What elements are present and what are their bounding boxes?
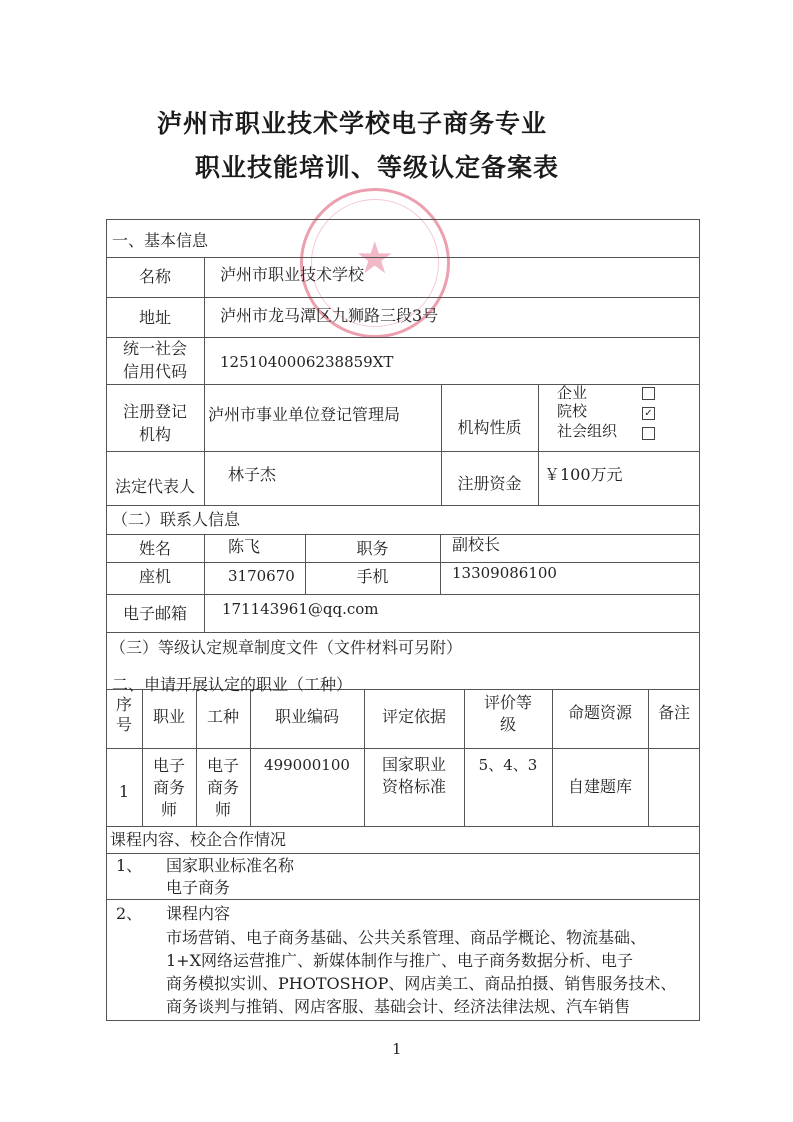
name-label: 名称 — [106, 267, 204, 287]
col-level-header-line1: 评价等 — [464, 693, 552, 713]
col-source-header: 命题资源 — [552, 703, 648, 723]
legal-representative-value: 林子杰 — [228, 465, 276, 485]
nature-checkbox-school[interactable]: ✓ — [642, 407, 655, 420]
address-value: 泸州市龙马潭区九狮路三段3号 — [220, 306, 438, 326]
row-source: 自建题库 — [552, 777, 648, 797]
col-basis-header: 评定依据 — [364, 707, 464, 727]
col-divider — [204, 534, 205, 632]
col-trade-header: 工种 — [196, 707, 250, 727]
table-border-top — [106, 219, 700, 220]
mobile-value: 13309086100 — [452, 563, 557, 583]
table-border-right — [699, 219, 700, 1021]
registered-capital-label: 注册资金 — [441, 474, 538, 494]
row-divider — [106, 853, 700, 854]
col-code-header: 职业编码 — [250, 707, 364, 727]
email-value: 171143961@qq.com — [222, 599, 379, 619]
row-divider — [106, 1020, 700, 1021]
legal-representative-label: 法定代表人 — [106, 477, 204, 497]
row-divider — [106, 505, 700, 506]
course-content-line2: 1+X网络运营推广、新媒体制作与推广、电子商务数据分析、电子 — [166, 951, 633, 971]
row-trade-line1: 电子 — [196, 756, 250, 776]
row-occupation-line3: 师 — [142, 800, 196, 820]
row-basis-line2: 资格标准 — [364, 777, 464, 797]
row-divider — [106, 594, 700, 595]
section-regulations-heading: （三）等级认定规章制度文件（文件材料可另附） — [110, 638, 462, 658]
section-occupation-heading: 二、申请开展认定的职业（工种） — [112, 675, 352, 695]
col-remark-header: 备注 — [648, 703, 700, 723]
row-divider — [106, 562, 700, 563]
landline-value: 3170670 — [228, 566, 295, 586]
row-occupation-line1: 电子 — [142, 756, 196, 776]
row-seq: 1 — [106, 782, 142, 802]
section-contact-heading: （二）联系人信息 — [112, 510, 240, 530]
row-divider — [106, 899, 700, 900]
document-title-line1: 泸州市职业技术学校电子商务专业 — [157, 104, 547, 140]
row-divider — [106, 534, 700, 535]
address-label: 地址 — [106, 308, 204, 328]
landline-label: 座机 — [106, 567, 204, 587]
email-label: 电子邮箱 — [106, 604, 204, 624]
col-divider — [204, 451, 205, 505]
col-seq-header-line1: 序 — [106, 695, 142, 715]
col-occupation-header: 职业 — [142, 707, 196, 727]
registration-authority-label-line1: 注册登记 — [106, 402, 204, 422]
credit-code-label-line2: 信用代码 — [106, 362, 204, 382]
registration-form-table: 一、基本信息 名称 泸州市职业技术学校 地址 泸州市龙马潭区九狮路三段3号 统一… — [106, 219, 700, 1021]
document-title-line2: 职业技能培训、等级认定备案表 — [195, 148, 559, 184]
col-level-header-line2: 级 — [464, 715, 552, 735]
course-item2-number: 2、 — [116, 904, 142, 924]
row-trade-line3: 师 — [196, 800, 250, 820]
page-number: 1 — [392, 1040, 402, 1058]
col-divider — [538, 384, 539, 505]
row-basis-line1: 国家职业 — [364, 755, 464, 775]
row-divider — [106, 297, 700, 298]
row-divider — [106, 257, 700, 258]
row-divider — [106, 826, 700, 827]
row-trade-line2: 商务 — [196, 778, 250, 798]
institution-nature-label: 机构性质 — [441, 418, 538, 438]
course-item2-title: 课程内容 — [166, 904, 230, 924]
col-divider — [204, 257, 205, 451]
col-divider — [440, 534, 441, 594]
course-item1-value: 电子商务 — [166, 878, 230, 898]
course-content-line4: 商务谈判与推销、网店客服、基础会计、经济法律法规、汽车销售 — [166, 997, 630, 1017]
row-divider — [106, 451, 700, 452]
contact-position-value: 副校长 — [452, 535, 500, 555]
section-course-heading: 课程内容、校企合作情况 — [110, 830, 286, 850]
section-basic-info-heading: 一、基本信息 — [112, 231, 208, 251]
row-divider — [106, 337, 700, 338]
registration-authority-value: 泸州市事业单位登记管理局 — [208, 405, 400, 425]
name-value: 泸州市职业技术学校 — [220, 265, 364, 285]
nature-checkbox-social-org[interactable] — [642, 427, 655, 440]
course-item1-number: 1、 — [116, 856, 142, 876]
contact-name-value: 陈飞 — [228, 537, 260, 557]
nature-checkbox-enterprise[interactable] — [642, 387, 655, 400]
course-content-line3: 商务模拟实训、PHOTOSHOP、网店美工、商品拍摄、销售服务技术、 — [166, 974, 676, 994]
mobile-label: 手机 — [305, 567, 440, 587]
row-occupation-line2: 商务 — [142, 778, 196, 798]
credit-code-label-line1: 统一社会 — [106, 339, 204, 359]
nature-option-social-org-label: 社会组织 — [557, 421, 617, 441]
registration-authority-label-line2: 机构 — [106, 425, 204, 445]
nature-option-enterprise-label: 企业 — [557, 383, 587, 403]
row-divider — [106, 384, 700, 385]
contact-position-label: 职务 — [305, 539, 440, 559]
credit-code-value: 1251040006238859XT — [220, 352, 393, 372]
contact-name-label: 姓名 — [106, 539, 204, 559]
row-divider — [106, 632, 700, 633]
nature-option-school-label: 院校 — [557, 401, 587, 421]
col-seq-header-line2: 号 — [106, 715, 142, 735]
registered-capital-value: ￥100万元 — [544, 465, 623, 485]
course-item1-title: 国家职业标准名称 — [166, 856, 294, 876]
row-levels: 5、4、3 — [464, 755, 552, 775]
row-code: 499000100 — [250, 755, 364, 775]
course-content-line1: 市场营销、电子商务基础、公共关系管理、商品学概论、物流基础、 — [166, 928, 646, 948]
